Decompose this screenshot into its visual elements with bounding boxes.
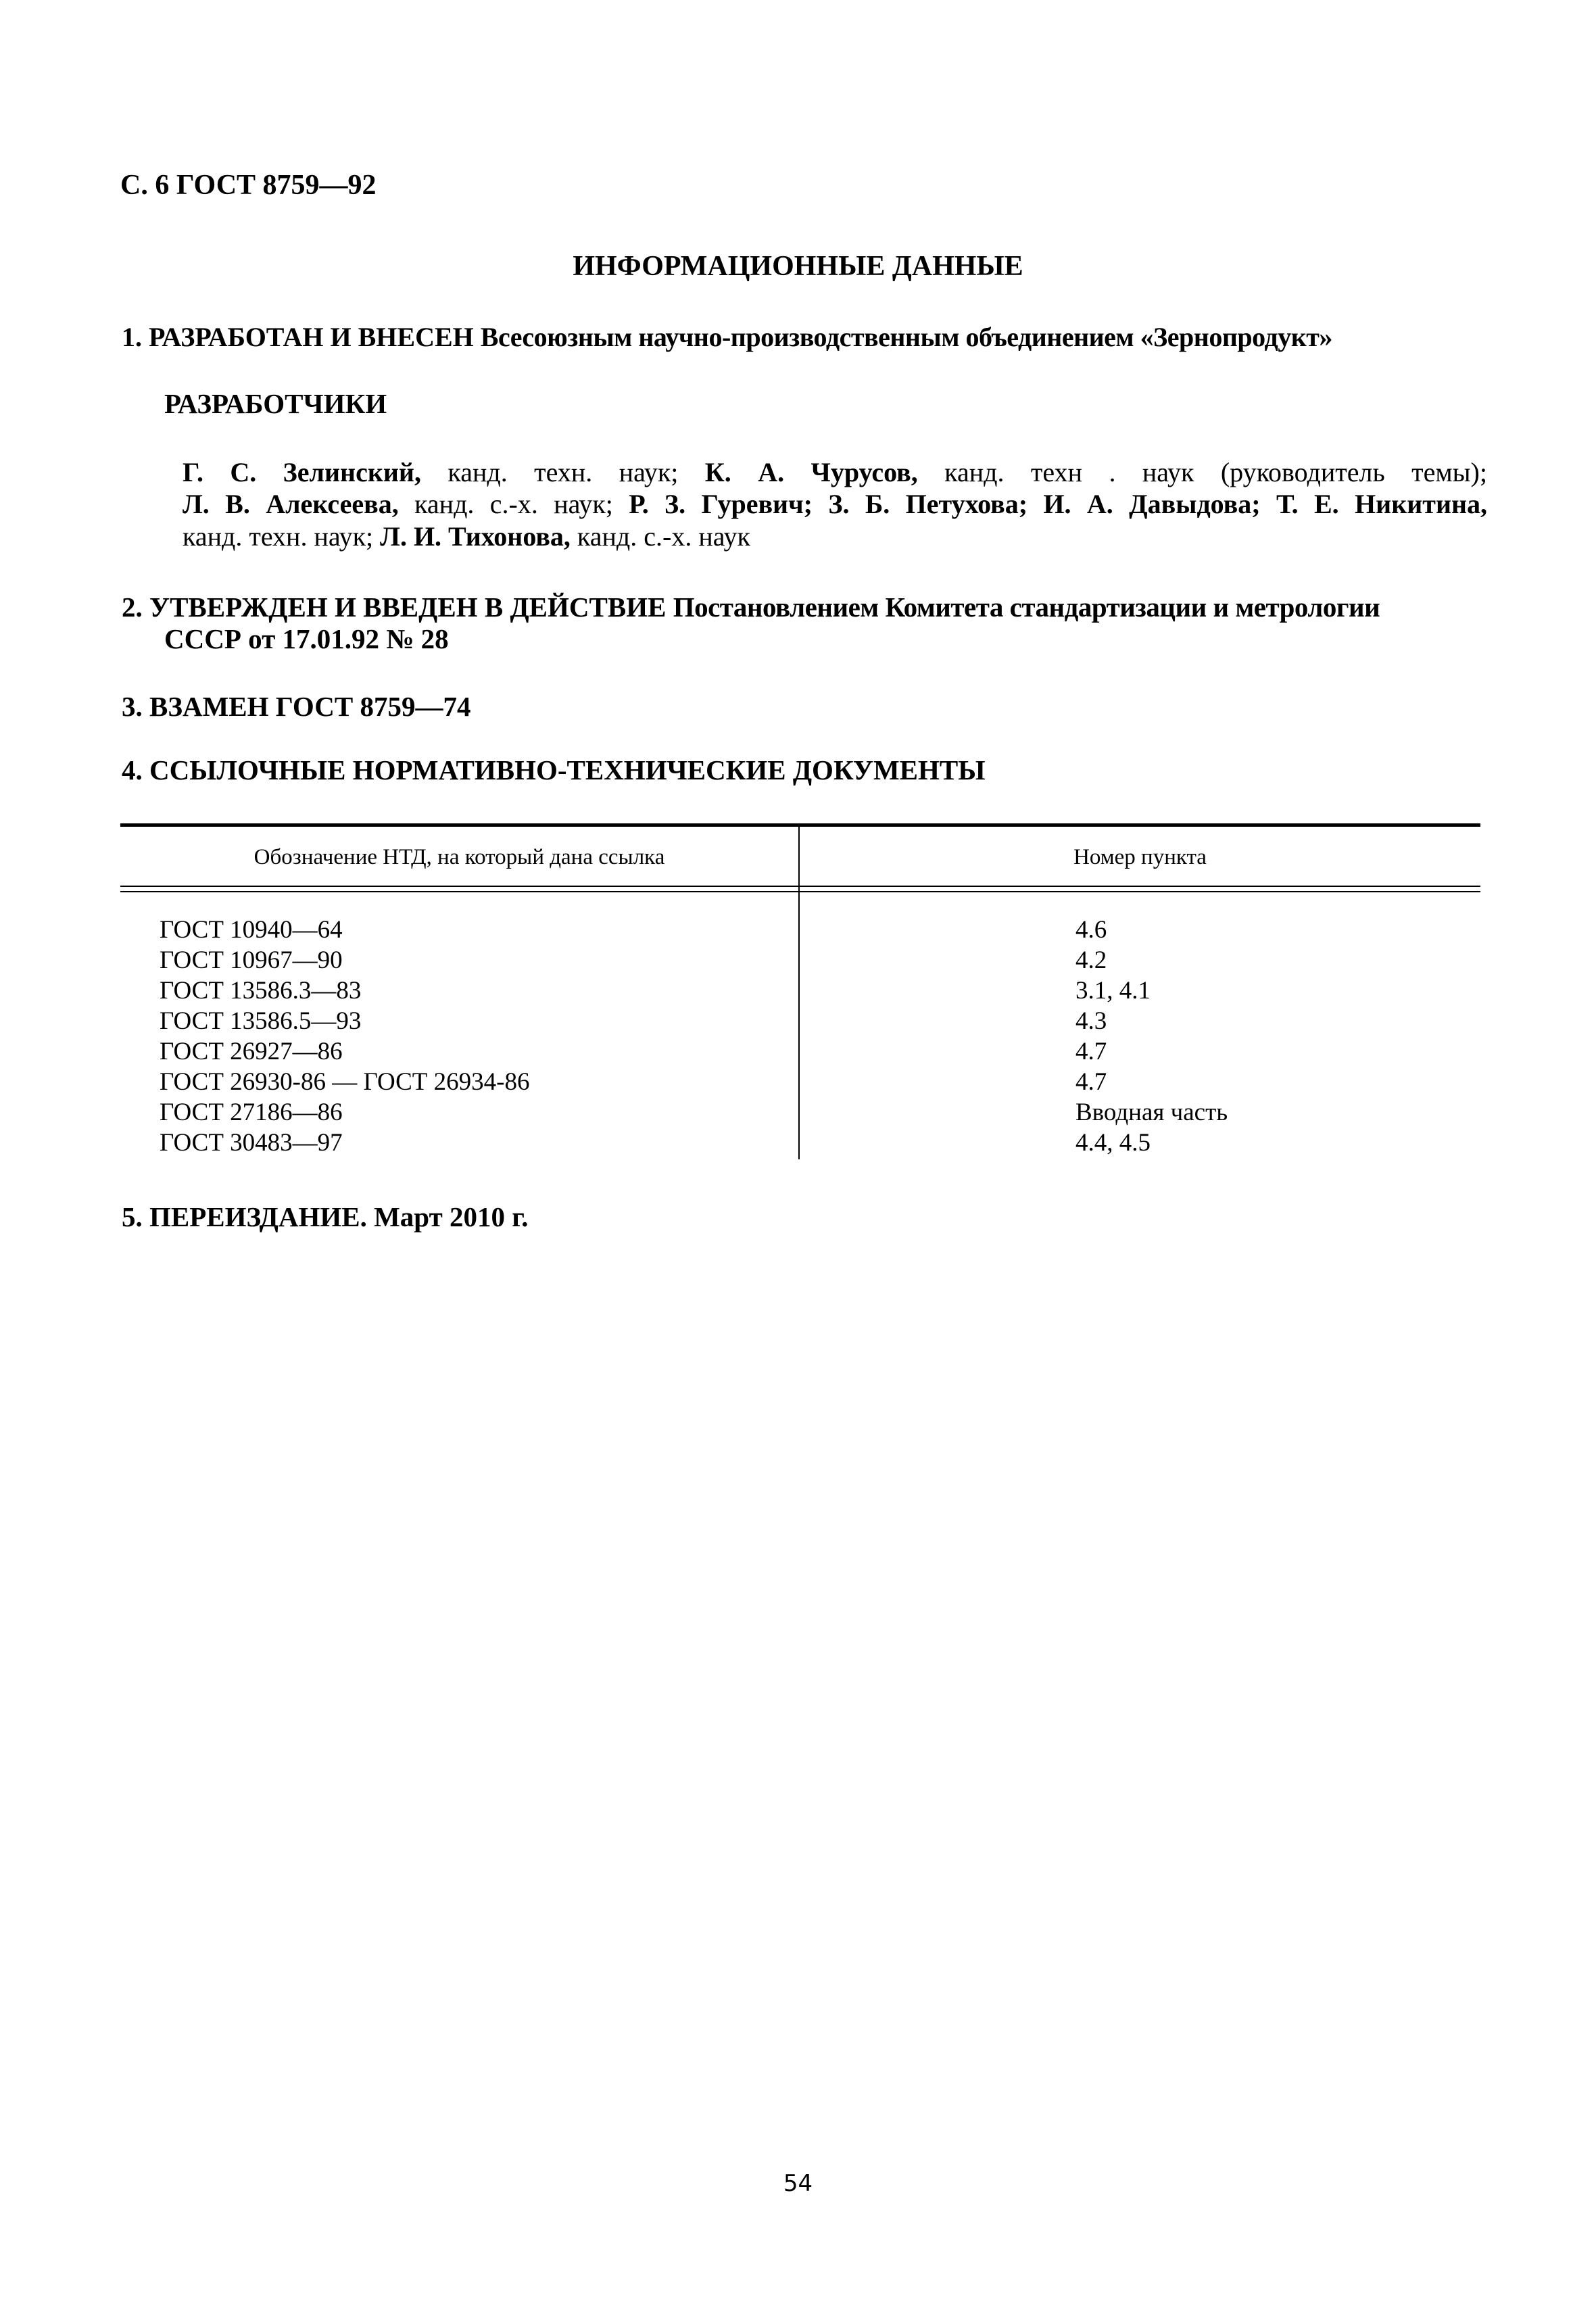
developers-line-1: Г. С. Зелинский, канд. техн. наук; К. А.… xyxy=(183,456,1487,489)
table-cell-document: ГОСТ 27186—86 xyxy=(160,1097,343,1128)
developer-degree: канд. техн. наук; xyxy=(183,521,373,552)
table-header-rule-1 xyxy=(120,886,1480,887)
section-2-label: 2. УТВЕРЖДЕН И ВВЕДЕН В ДЕЙСТВИЕ xyxy=(122,592,666,623)
table-cell-document: ГОСТ 10967—90 xyxy=(160,945,343,975)
table-cell-document: ГОСТ 26927—86 xyxy=(160,1036,343,1067)
developer-name: Г. С. Зелинский, xyxy=(183,457,421,487)
document-title: ИНФОРМАЦИОННЫЕ ДАННЫЕ xyxy=(0,250,1596,283)
table-cell-clause: 4.6 xyxy=(1075,915,1107,945)
section-3: 3. ВЗАМЕН ГОСТ 8759—74 xyxy=(122,690,470,723)
developers-heading: РАЗРАБОТЧИКИ xyxy=(164,387,387,420)
table-cell-document: ГОСТ 10940—64 xyxy=(160,915,343,945)
table-cell-clause: 4.4, 4.5 xyxy=(1075,1128,1151,1158)
section-1: 1. РАЗРАБОТАН И ВНЕСЕН Всесоюзным научно… xyxy=(122,320,1332,354)
section-4: 4. ССЫЛОЧНЫЕ НОРМАТИВНО-ТЕХНИЧЕСКИЕ ДОКУ… xyxy=(122,753,986,787)
developer-degree: канд. с.-х. наук xyxy=(577,521,750,552)
section-1-label: 1. РАЗРАБОТАН И ВНЕСЕН xyxy=(122,322,474,352)
developer-name: К. А. Чурусов, xyxy=(705,457,918,487)
page-header: С. 6 ГОСТ 8759—92 xyxy=(120,169,377,201)
reference-documents-table: Обозначение НТД, на который дана ссылка … xyxy=(120,823,1480,1161)
page-number: 54 xyxy=(0,2170,1596,2197)
table-cell-document: ГОСТ 30483—97 xyxy=(160,1128,343,1158)
developers-line-2: Л. В. Алексеева, канд. с.-х. наук; Р. З.… xyxy=(183,488,1487,521)
developer-name: Л. И. Тихонова, xyxy=(380,521,571,552)
table-cell-document: ГОСТ 13586.3—83 xyxy=(160,975,361,1006)
table-top-rule xyxy=(120,823,1480,827)
developer-degree: канд. техн . наук (руководитель темы); xyxy=(944,457,1487,487)
section-4-label: 4. ССЫЛОЧНЫЕ НОРМАТИВНО-ТЕХНИЧЕСКИЕ ДОКУ… xyxy=(122,754,986,786)
table-cell-clause: 4.7 xyxy=(1075,1067,1107,1097)
developer-name: Л. В. Алексеева, xyxy=(183,489,399,519)
developer-degree: канд. техн. наук; xyxy=(448,457,678,487)
developer-names: Р. З. Гуревич; З. Б. Петухова; И. А. Дав… xyxy=(629,489,1487,519)
table-cell-document: ГОСТ 26930-86 — ГОСТ 26934-86 xyxy=(160,1067,529,1097)
table-header-rule-2 xyxy=(120,891,1480,892)
table-header-clause: Номер пункта xyxy=(800,844,1480,871)
section-2-continuation: СССР от 17.01.92 № 28 xyxy=(164,622,449,656)
table-cell-document: ГОСТ 13586.5—93 xyxy=(160,1006,361,1036)
section-2: 2. УТВЕРЖДЕН И ВВЕДЕН В ДЕЙСТВИЕ Постано… xyxy=(122,590,1380,624)
table-cell-clause: 4.2 xyxy=(1075,945,1107,975)
section-2-decree: СССР от 17.01.92 № 28 xyxy=(164,623,449,654)
table-column-divider xyxy=(798,827,800,1159)
table-cell-clause: 4.7 xyxy=(1075,1036,1107,1067)
section-2-text: Постановлением Комитета стандартизации и… xyxy=(673,592,1380,623)
section-1-text: Всесоюзным научно-производственным объед… xyxy=(481,322,1332,352)
developers-line-3: канд. техн. наук; Л. И. Тихонова, канд. … xyxy=(183,521,1487,553)
section-3-label: 3. ВЗАМЕН ГОСТ 8759—74 xyxy=(122,691,470,722)
section-5: 5. ПЕРЕИЗДАНИЕ. Март 2010 г. xyxy=(122,1200,528,1234)
table-cell-clause: 3.1, 4.1 xyxy=(1075,975,1151,1006)
section-5-label: 5. ПЕРЕИЗДАНИЕ. Март 2010 г. xyxy=(122,1201,528,1232)
developer-degree: канд. с.-х. наук; xyxy=(414,489,613,519)
table-cell-clause: 4.3 xyxy=(1075,1006,1107,1036)
table-header-document: Обозначение НТД, на который дана ссылка xyxy=(120,844,798,871)
table-cell-clause: Вводная часть xyxy=(1075,1097,1228,1128)
